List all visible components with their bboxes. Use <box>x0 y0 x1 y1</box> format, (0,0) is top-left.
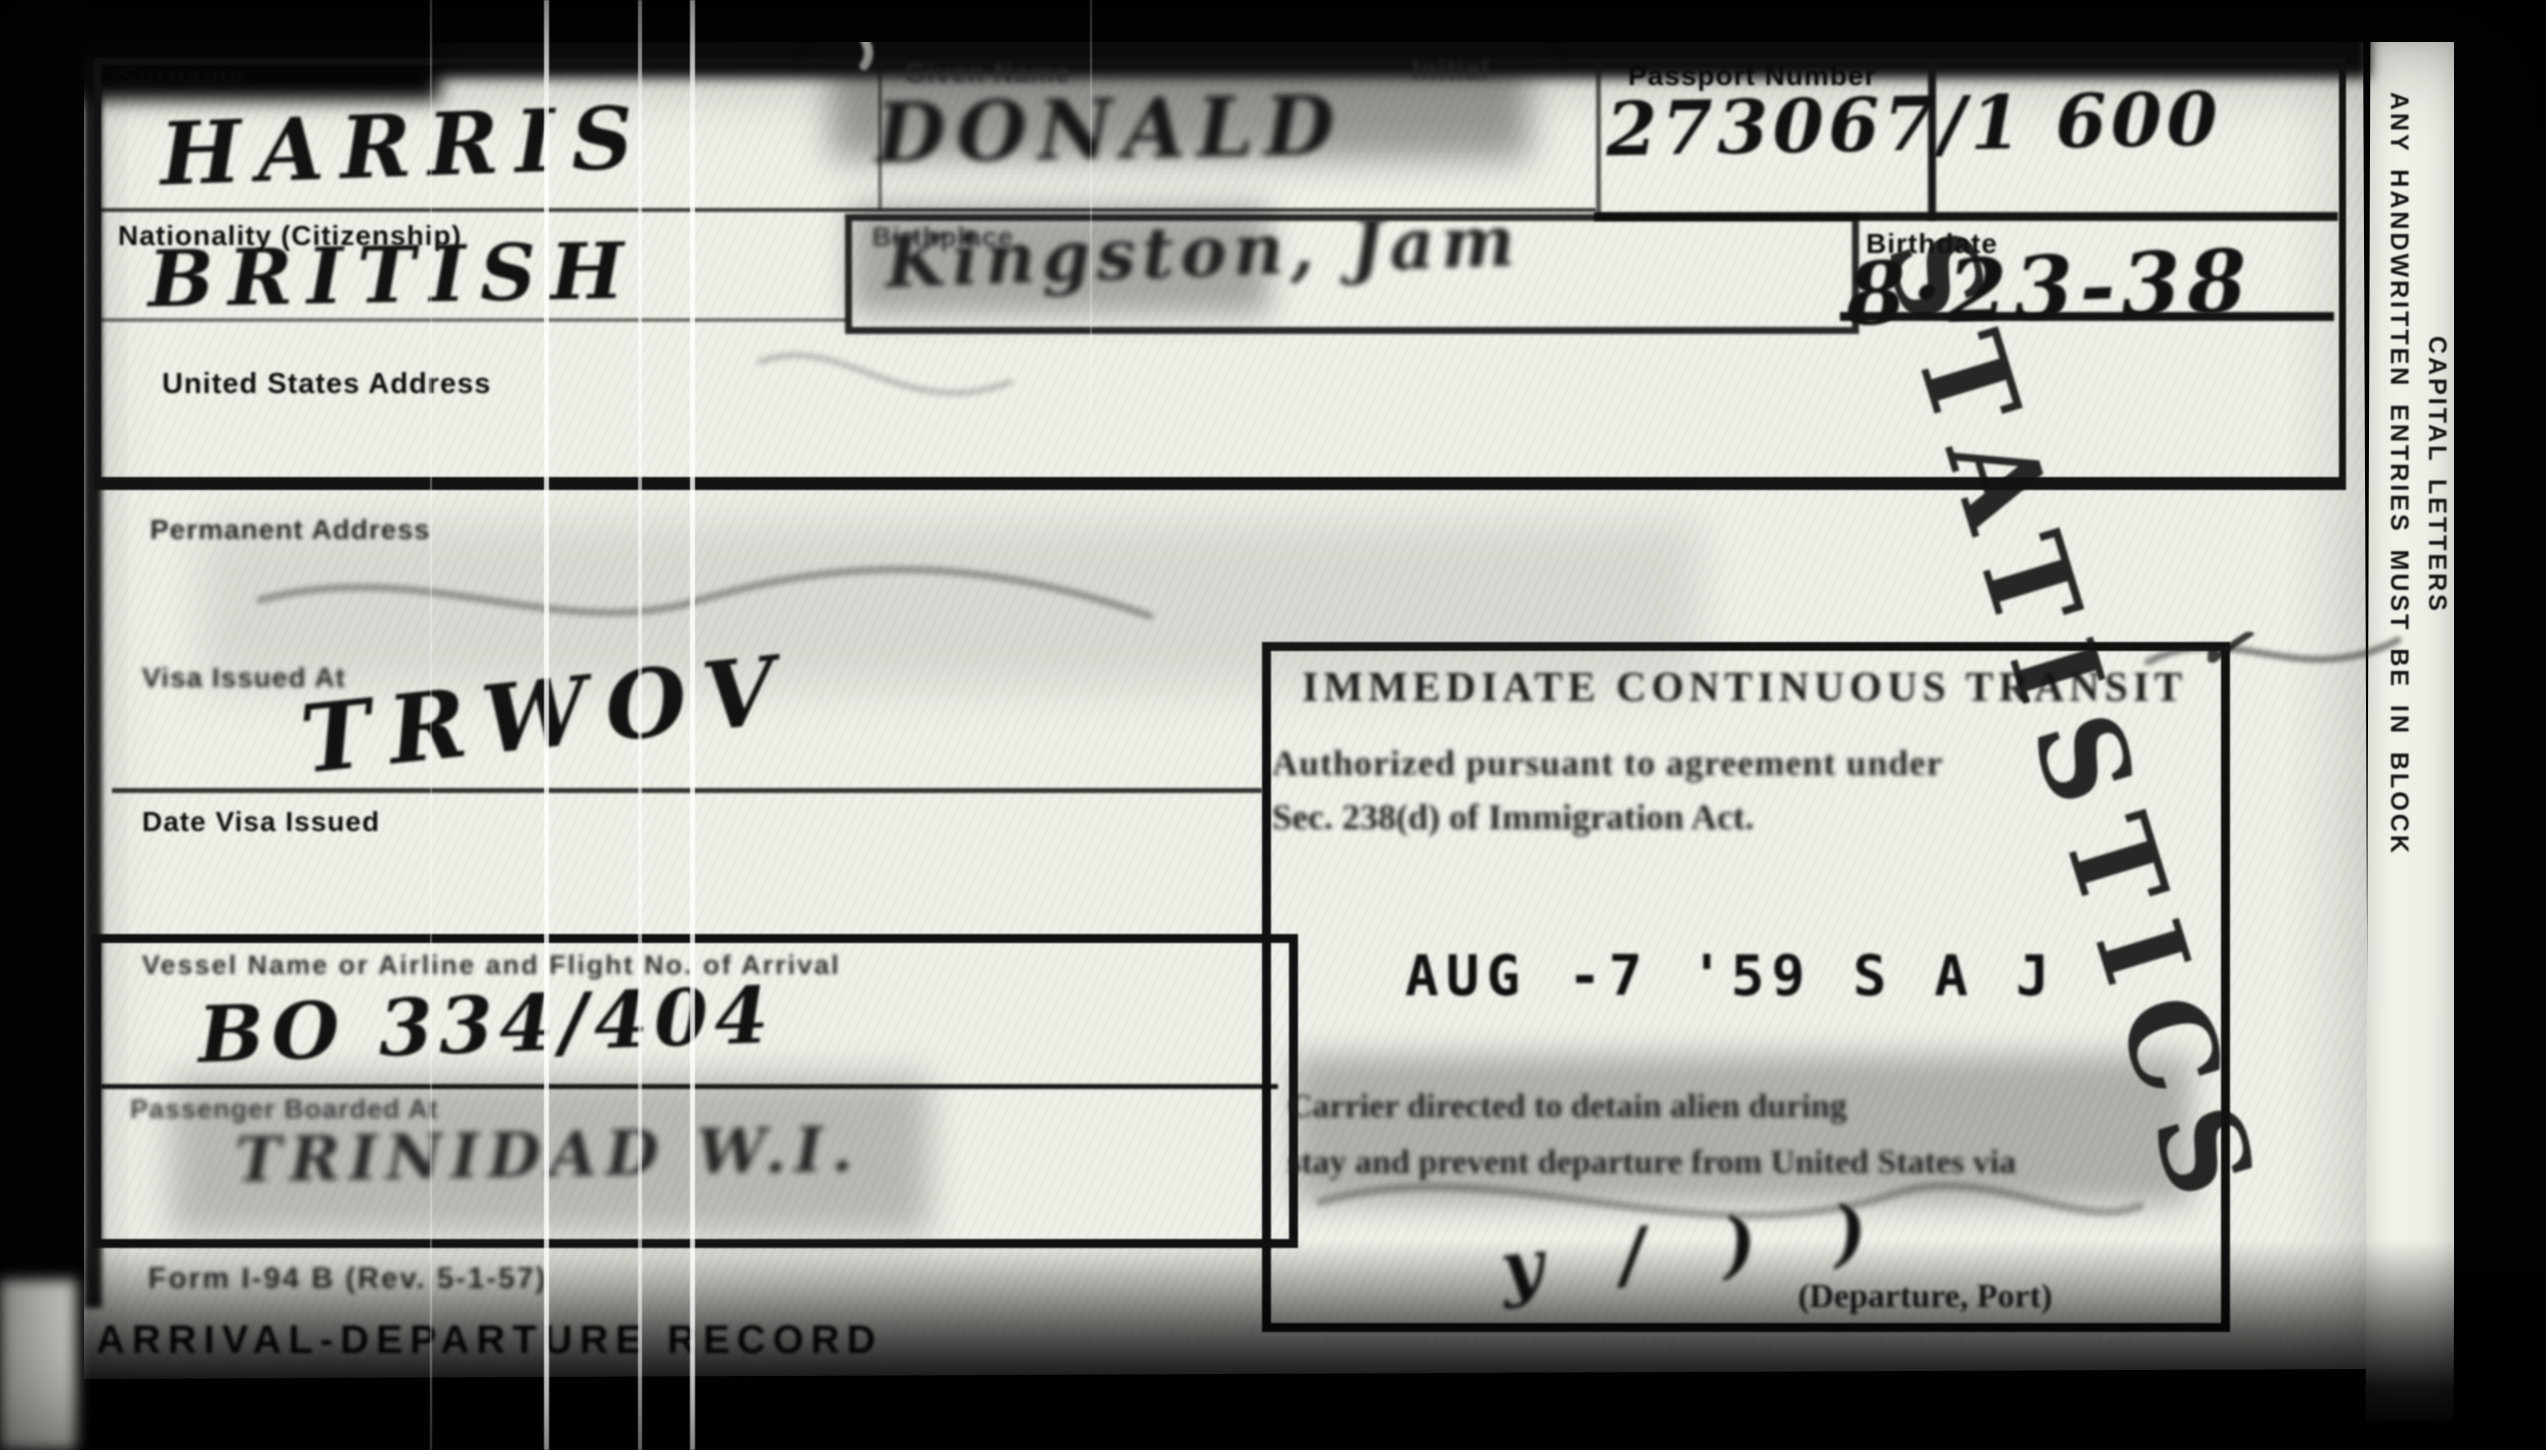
bottom-shadow-gradient <box>0 1240 2546 1450</box>
us-address-label: United States Address <box>162 368 491 401</box>
transit-stamp-auth-line2: Sec. 238(d) of Immigration Act. <box>1272 796 1754 838</box>
film-scratch-line <box>430 0 432 1450</box>
film-scratch-line <box>1090 0 1092 420</box>
admission-date-stamp: AUG -7 '59 S A J <box>1405 944 2056 1009</box>
initial-label: Initial <box>1412 55 1490 86</box>
column-divider <box>1596 60 1601 214</box>
film-artifact-blob <box>0 1280 76 1450</box>
given-name-value: DONALD <box>874 78 1345 182</box>
surname-value: HARRIS <box>158 87 650 205</box>
field-rule <box>112 788 1262 793</box>
permanent-address-label: Permanent Address <box>150 514 431 546</box>
transit-stamp-detain-line1: Carrier directed to detain alien during <box>1288 1088 1847 1126</box>
side-instruction-line2: CAPITAL LETTERS <box>2422 336 2451 614</box>
field-rule <box>100 1084 1278 1089</box>
film-scratch-line <box>690 0 695 1450</box>
date-visa-issued-label: Date Visa Issued <box>142 806 380 838</box>
transit-stamp-auth-line1: Authorized pursuant to agreement under <box>1272 742 1943 784</box>
film-scratch-line <box>638 0 642 1450</box>
frame-mask-top <box>0 0 2546 42</box>
surname-label: Surname <box>118 60 245 92</box>
scanned-arrival-departure-card: Surname HARRIS Given Name DONALD Initial… <box>0 0 2546 1450</box>
frame-mask-right <box>2454 0 2546 1450</box>
nationality-value: BRITISH <box>147 226 638 326</box>
transit-stamp-detain-line2: stay and prevent departure from United S… <box>1288 1144 2016 1182</box>
passport-number-value: 273067/1 600 <box>1605 77 2222 174</box>
side-instruction-line1: ANY HANDWRITTEN ENTRIES MUST BE IN BLOCK <box>2384 92 2413 856</box>
frame-mask-left <box>0 0 84 1450</box>
film-scratch-line <box>544 0 549 1450</box>
